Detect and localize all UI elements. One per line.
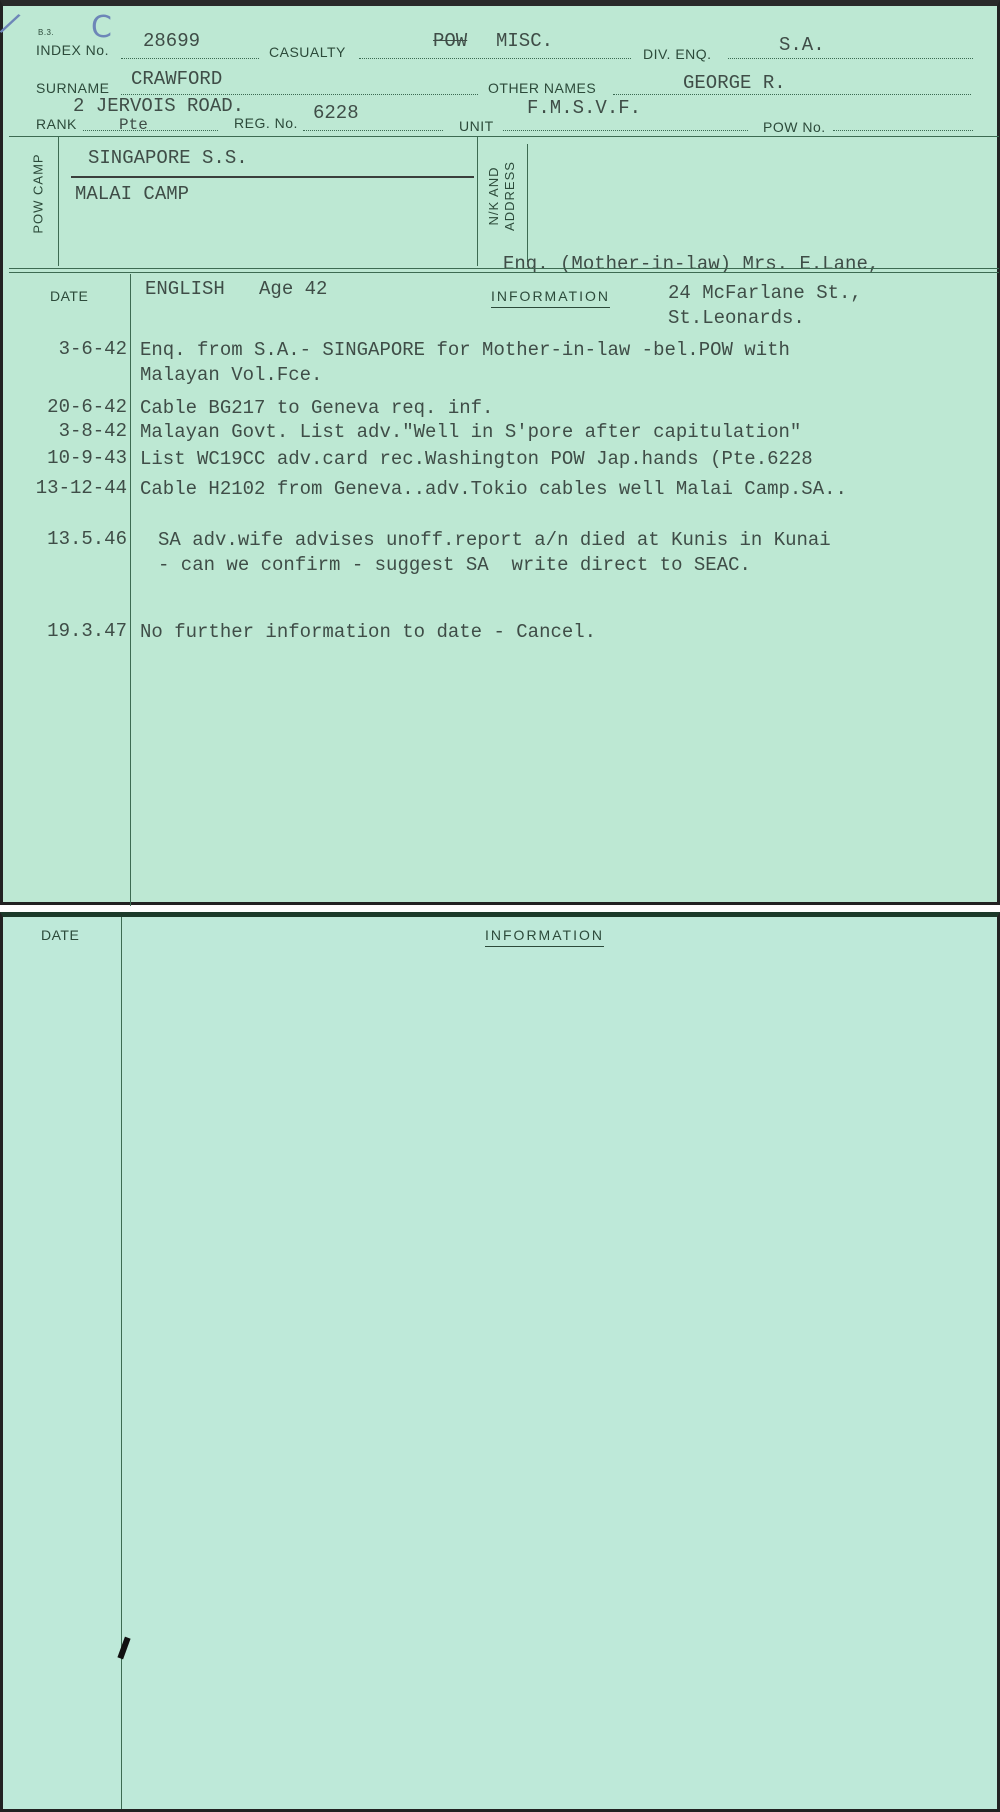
other-names-label: OTHER NAMES (488, 80, 596, 96)
reg-no-value: 6228 (313, 102, 359, 124)
pow-camp-label: POW CAMP (31, 144, 46, 244)
casualty-struck-value: POW (433, 30, 467, 52)
back-date-label: DATE (41, 927, 79, 943)
pow-no-dotline (833, 130, 973, 131)
pen-stroke-mark: / (0, 6, 23, 41)
other-names-value: GEORGE R. (683, 72, 786, 94)
log-entry-text: Malayan Govt. List adv."Well in S'pore a… (140, 420, 801, 445)
unit-value: F.M.S.V.F. (527, 97, 641, 119)
form-code: B.3. (38, 28, 54, 37)
nk-line3: St.Leonards. (668, 307, 805, 329)
log-entry-text: SA adv.wife advises unoff.report a/n die… (158, 528, 831, 578)
card-front: / C B.3. INDEX No. 28699 CASUALTY POW MI… (0, 0, 1000, 905)
log-entry-date: 3-6-42 (59, 338, 127, 360)
log-entry-text: Cable BG217 to Geneva req. inf. (140, 396, 493, 421)
back-date-column-divider (121, 917, 122, 1809)
index-no-dotline (121, 58, 259, 59)
pow-camp-divider (58, 136, 59, 266)
pow-camp-line1: SINGAPORE S.S. (88, 147, 248, 169)
pow-no-label: POW No. (763, 119, 826, 135)
nk-address-label-line2: ADDRESS (502, 146, 518, 246)
nk-address-label-line1: N/K AND (486, 146, 502, 246)
ink-mark (117, 1637, 130, 1660)
casualty-value: MISC. (496, 30, 553, 52)
card-back: DATE INFORMATION (0, 912, 1000, 1812)
surname-label: SURNAME (36, 80, 110, 96)
casualty-dotline (359, 58, 631, 59)
information-label: INFORMATION (491, 288, 610, 304)
log-entry-text: List WC19CC adv.card rec.Washington POW … (140, 447, 813, 472)
section-rule-top (9, 136, 999, 137)
casualty-label: CASUALTY (269, 44, 346, 60)
index-no-label: INDEX No. (36, 42, 109, 58)
unit-label: UNIT (459, 118, 494, 134)
index-no-value: 28699 (143, 30, 200, 52)
date-label: DATE (50, 288, 88, 304)
rank-value: Pte (119, 116, 148, 134)
surname-value: CRAWFORD (131, 68, 222, 90)
log-entry-date: 20-6-42 (47, 396, 127, 418)
address-overtyped: 2 JERVOIS ROAD. (73, 95, 244, 117)
pow-camp-typed-rule (71, 176, 474, 178)
reg-no-dotline (303, 130, 443, 131)
div-enq-value: S.A. (779, 34, 825, 56)
other-names-dotline (613, 94, 971, 95)
date-column-divider (130, 274, 131, 906)
reg-no-label: REG. No. (234, 115, 298, 131)
nk-divider-right (527, 144, 528, 262)
section-rule-mid-a (9, 268, 999, 269)
rank-label: RANK (36, 116, 77, 132)
log-entry-date: 19.3.47 (47, 620, 127, 642)
section-rule-mid-b (9, 272, 999, 273)
div-enq-dotline (728, 58, 973, 59)
log-entry-text: No further information to date - Cancel. (140, 620, 596, 645)
header-note: ENGLISH Age 42 (145, 278, 327, 300)
back-information-label: INFORMATION (485, 927, 604, 943)
log-entry-date: 3-8-42 (59, 420, 127, 442)
nk-divider-left (477, 136, 478, 266)
log-entry-date: 13-12-44 (36, 477, 127, 499)
log-entry-date: 10-9-43 (47, 447, 127, 469)
pow-camp-line2: MALAI CAMP (75, 183, 189, 205)
log-entry-text: Cable H2102 from Geneva..adv.Tokio cable… (140, 477, 847, 502)
div-enq-label: DIV. ENQ. (643, 46, 712, 62)
log-entry-date: 13.5.46 (47, 528, 127, 550)
log-entry-text: Enq. from S.A.- SINGAPORE for Mother-in-… (140, 338, 790, 388)
pen-annotation: C (91, 10, 112, 45)
nk-line2: 24 McFarlane St., (668, 282, 862, 304)
unit-dotline (503, 130, 748, 131)
rank-dotline (83, 130, 218, 131)
nk-address-label: N/K AND ADDRESS (486, 146, 518, 246)
